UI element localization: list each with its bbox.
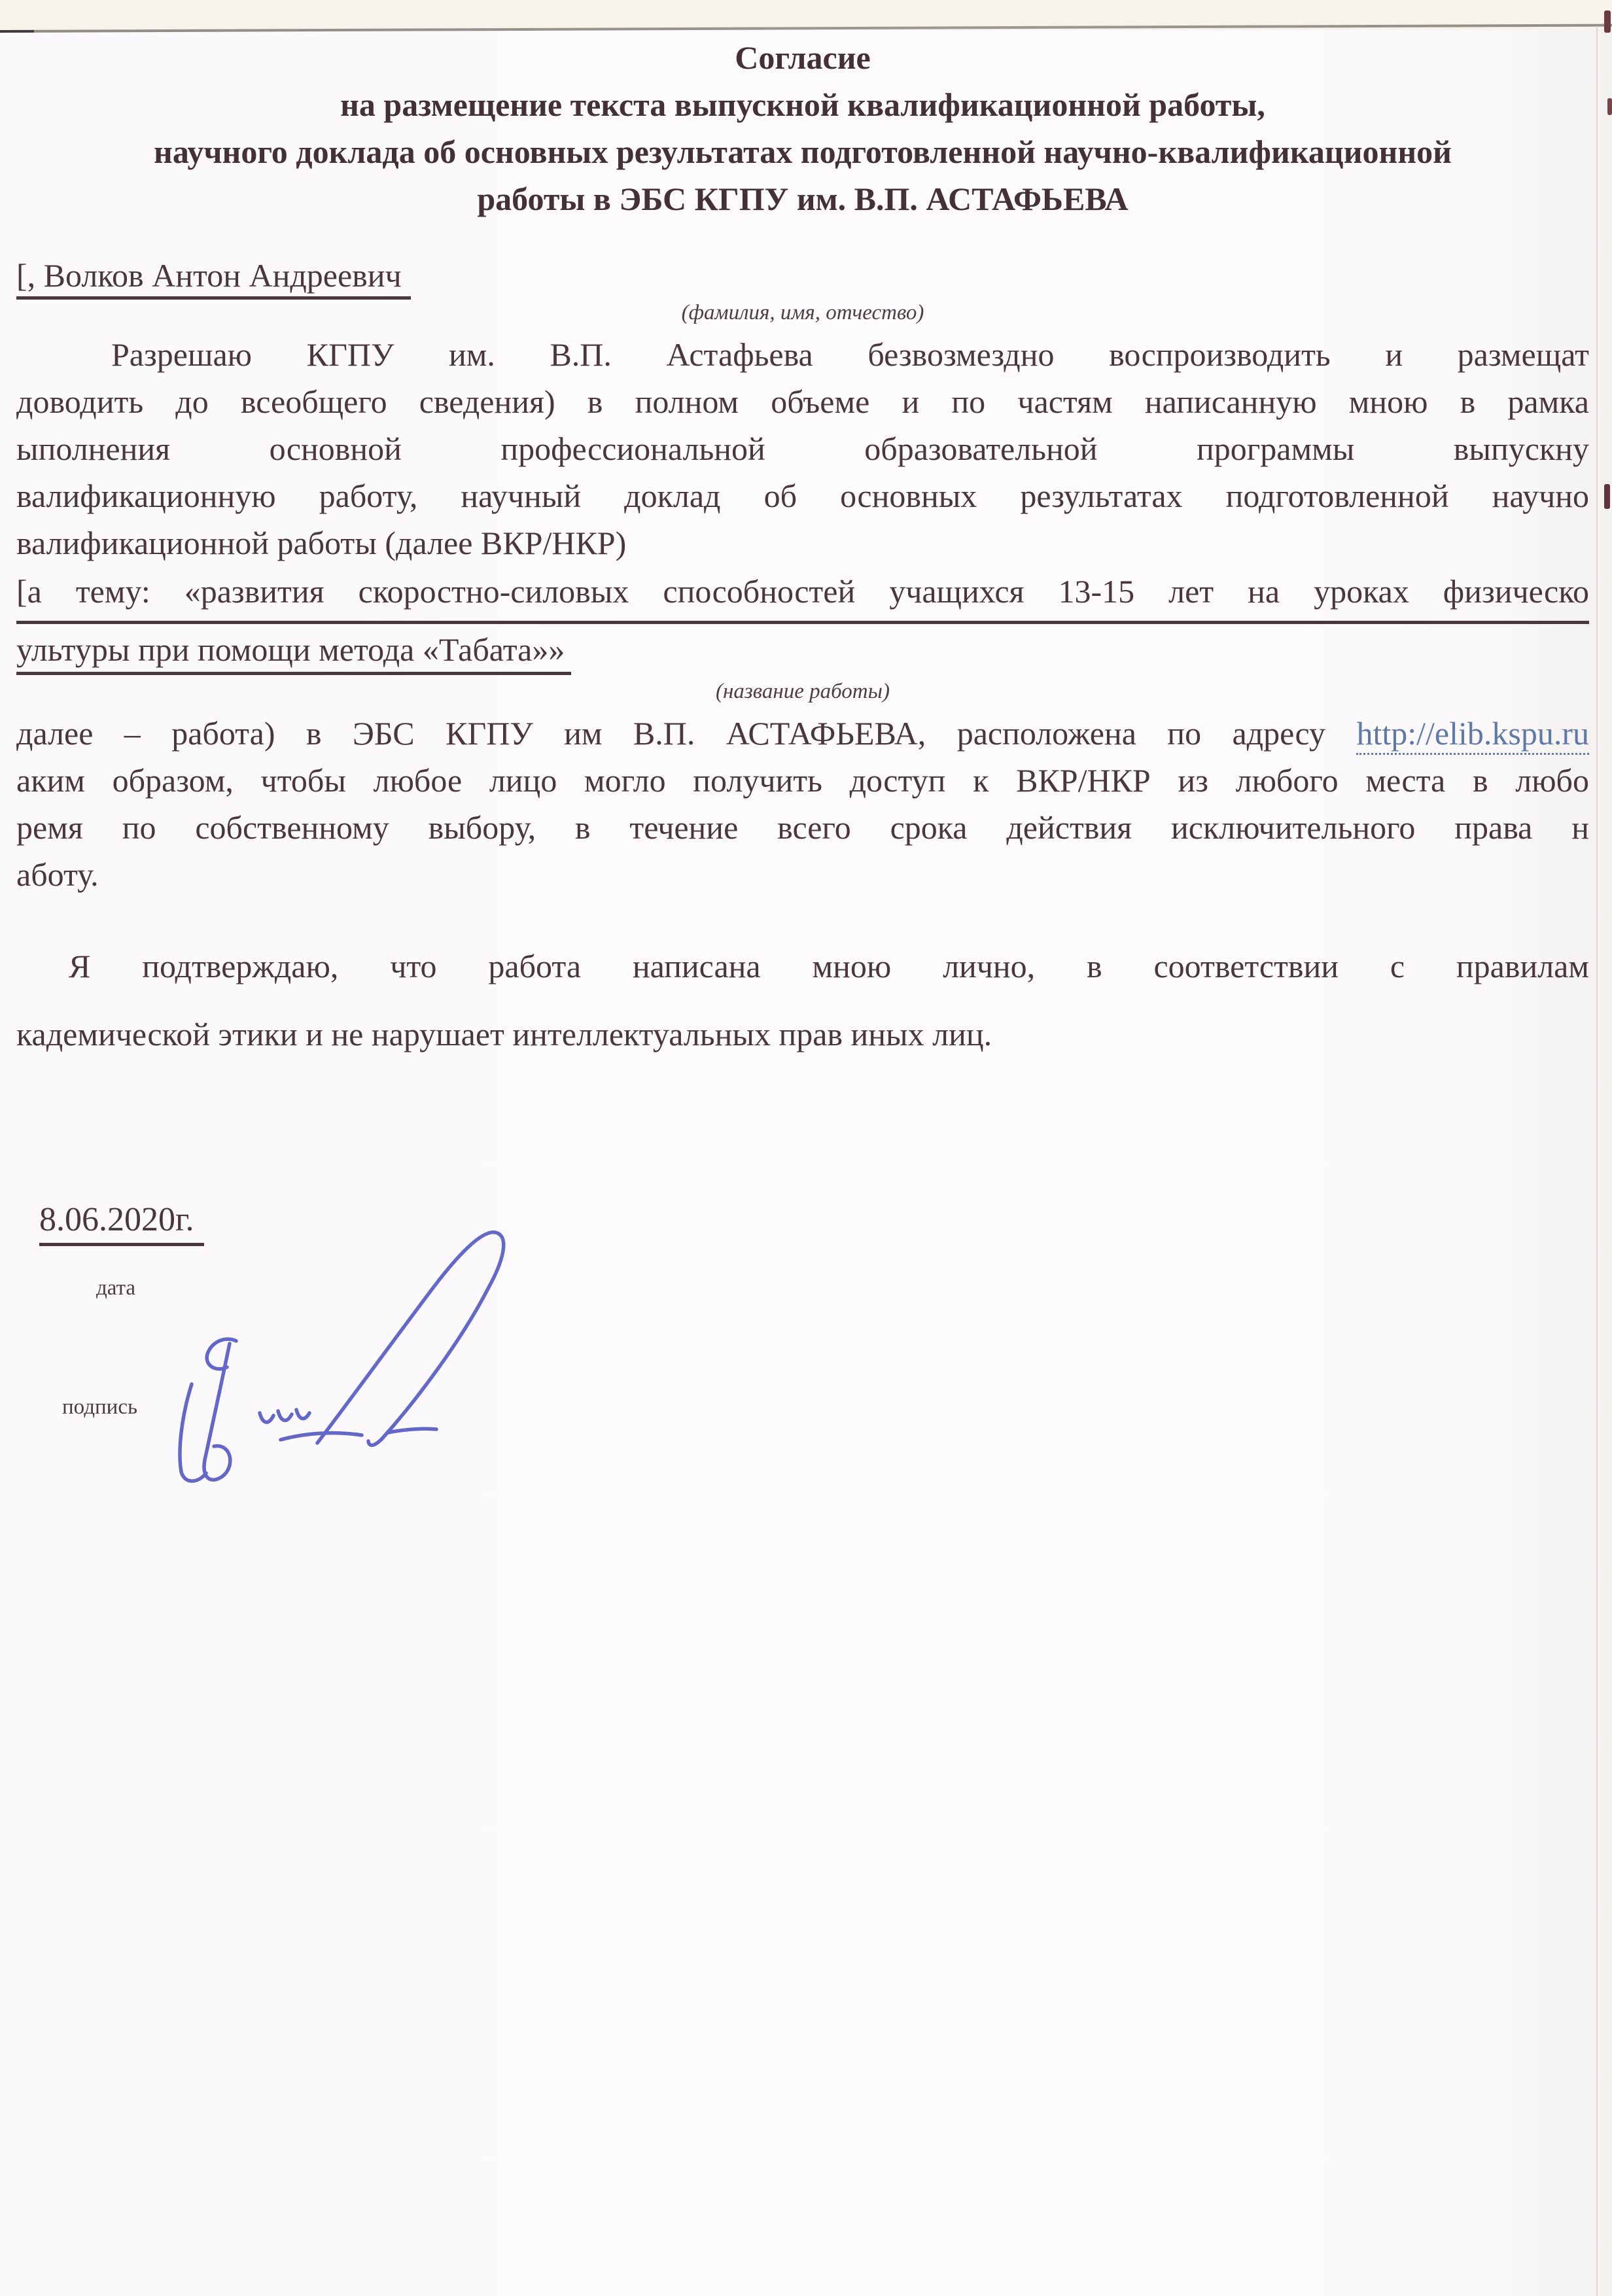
work-title-caption: (название работы) — [16, 678, 1589, 704]
document-title: Согласие на размещение текста выпускной … — [16, 34, 1589, 222]
author-name-row: [, Волков Антон Андреевич — [16, 255, 1589, 296]
topic-line-1: [а тему: «развития скоростно-силовых спо… — [16, 568, 1589, 624]
access-line-1-text: далее – работа) в ЭБС КГПУ им В.П. АСТАФ… — [16, 715, 1325, 752]
title-line-3: научного доклада об основных результатах… — [16, 128, 1589, 175]
topic-line-2-text: ультуры при помощи метода «Табата»» — [16, 631, 571, 675]
elib-url-link: http://elib.kspu.ru — [1356, 715, 1589, 755]
paragraph-line: ыполнения основной профессиональной обра… — [16, 425, 1589, 472]
signature-underline-dash — [281, 1429, 436, 1440]
signature-small-letters — [260, 1410, 309, 1422]
author-name-caption: (фамилия, имя, отчество) — [16, 300, 1589, 326]
title-line-4: работы в ЭБС КГПУ им. В.П. АСТАФЬЕВА — [16, 175, 1589, 222]
scan-artifact-mark — [1604, 10, 1611, 33]
confirmation-paragraph: Я подтверждаю, что работа написана мною … — [16, 932, 1589, 1068]
paragraph-line: Я подтверждаю, что работа написана мною … — [16, 932, 1589, 1000]
paragraph-line: валификационную работу, научный доклад о… — [16, 472, 1589, 519]
handwritten-signature — [168, 1213, 534, 1487]
paragraph-line: Разрешаю КГПУ им. В.П. Астафьева безвозм… — [16, 331, 1589, 378]
paragraph-line: валификационной работы (далее ВКР/НКР) — [16, 519, 1589, 566]
access-paragraph: далее – работа) в ЭБС КГПУ им В.П. АСТАФ… — [16, 710, 1589, 898]
paragraph-line: доводить до всеобщего сведения) в полном… — [16, 378, 1589, 425]
topic-line-2: ультуры при помощи метода «Табата»» — [16, 626, 1589, 673]
signature-flourish-stroke — [317, 1232, 504, 1446]
signature-left-sweep — [180, 1384, 206, 1481]
paragraph-line: аботу. — [16, 851, 1589, 898]
author-name: [, Волков Антон Андреевич — [16, 257, 411, 300]
paragraph-line: кадемической этики и не нарушает интелле… — [16, 1000, 1589, 1068]
paragraph-line: аким образом, чтобы любое лицо могло пол… — [16, 757, 1589, 804]
title-line-2: на размещение текста выпускной квалифика… — [16, 81, 1589, 128]
scanned-consent-document: Согласие на размещение текста выпускной … — [0, 0, 1612, 2296]
signature-letter-b-stroke — [207, 1339, 236, 1369]
signature-area: подпись — [16, 1301, 1589, 1667]
paragraph-line: далее – работа) в ЭБС КГПУ им В.П. АСТАФ… — [16, 710, 1589, 757]
title-line-1: Согласие — [16, 34, 1589, 81]
paragraph-line: ремя по собственному выбору, в течение в… — [16, 804, 1589, 851]
permission-paragraph: Разрешаю КГПУ им. В.П. Астафьева безвозм… — [16, 331, 1589, 566]
signature-caption: подпись — [62, 1394, 137, 1420]
document-content: Согласие на размещение текста выпускной … — [0, 34, 1612, 1667]
